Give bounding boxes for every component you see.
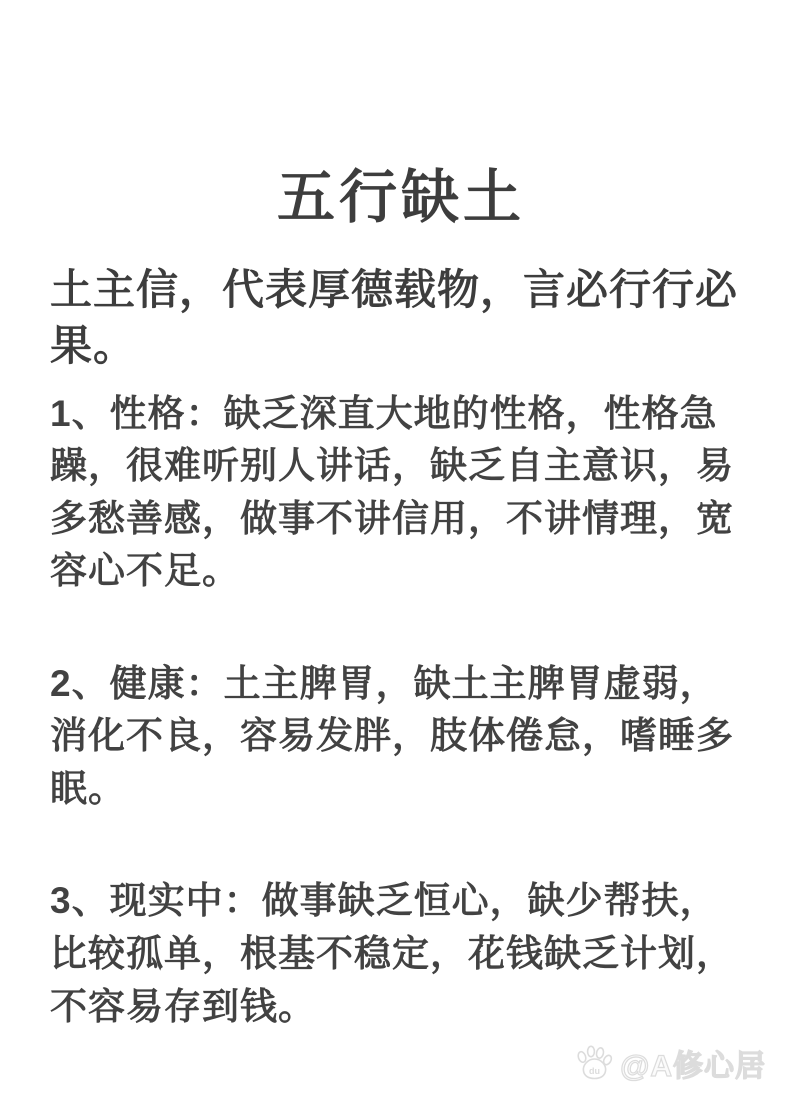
- intro-text: 土主信，代表厚德载物，言必行行必果。: [50, 262, 752, 374]
- watermark: du @A修心居: [574, 1041, 766, 1085]
- page-title: 五行缺土: [50, 150, 752, 234]
- section-reality: 3、现实中：做事缺乏恒心，缺少帮扶，比较孤单，根基不稳定，花钱缺乏计划，不容易存…: [50, 875, 752, 1033]
- poster-page: 五行缺土 土主信，代表厚德载物，言必行行必果。 1、性格：缺乏深直大地的性格，性…: [0, 0, 800, 1101]
- section-personality: 1、性格：缺乏深直大地的性格，性格急躁，很难听别人讲话，缺乏自主意识，易多愁善感…: [50, 388, 752, 598]
- baidu-paw-du-label: du: [589, 1066, 600, 1076]
- section-health: 2、健康：土主脾胃，缺土主脾胃虚弱，消化不良，容易发胖，肢体倦怠，嗜睡多眠。: [50, 658, 752, 816]
- watermark-text: @A修心居: [620, 1041, 766, 1085]
- baidu-paw-icon: du: [574, 1045, 614, 1081]
